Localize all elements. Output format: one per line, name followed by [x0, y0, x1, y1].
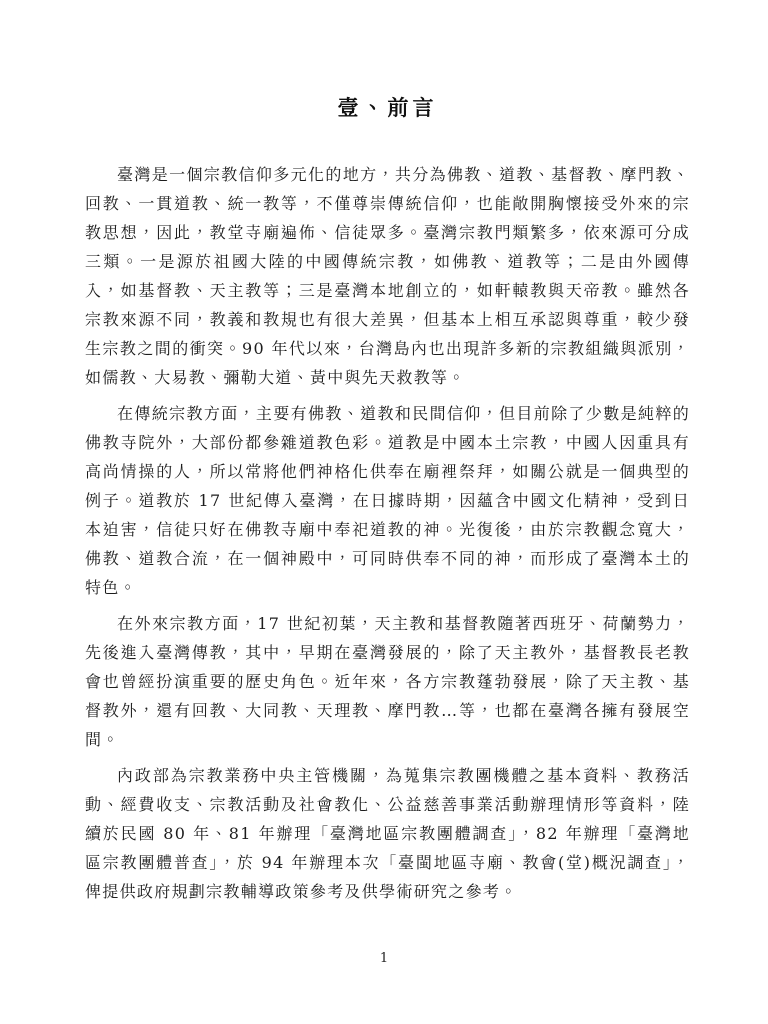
document-body: 臺灣是一個宗教信仰多元化的地方，共分為佛教、道教、基督教、摩門教、回教、一貫道教… [85, 160, 690, 906]
body-paragraph-traditional-religion: 在傳統宗教方面，主要有佛教、道教和民間信仰，但目前除了少數是純粹的佛教寺院外，大… [85, 399, 690, 602]
page-number: 1 [0, 951, 768, 966]
body-paragraph-intro: 臺灣是一個宗教信仰多元化的地方，共分為佛教、道教、基督教、摩門教、回教、一貫道教… [85, 160, 690, 392]
page-title: 壹、前言 [85, 92, 690, 122]
body-paragraph-foreign-religion: 在外來宗教方面，17 世紀初葉，天主教和基督教隨著西班牙、荷蘭勢力，先後進入臺灣… [85, 609, 690, 754]
body-paragraph-survey-background: 內政部為宗教業務中央主管機關，為蒐集宗教團機體之基本資料、教務活動、經費收支、宗… [85, 761, 690, 906]
document-page: 壹、前言 臺灣是一個宗教信仰多元化的地方，共分為佛教、道教、基督教、摩門教、回教… [0, 0, 768, 1024]
